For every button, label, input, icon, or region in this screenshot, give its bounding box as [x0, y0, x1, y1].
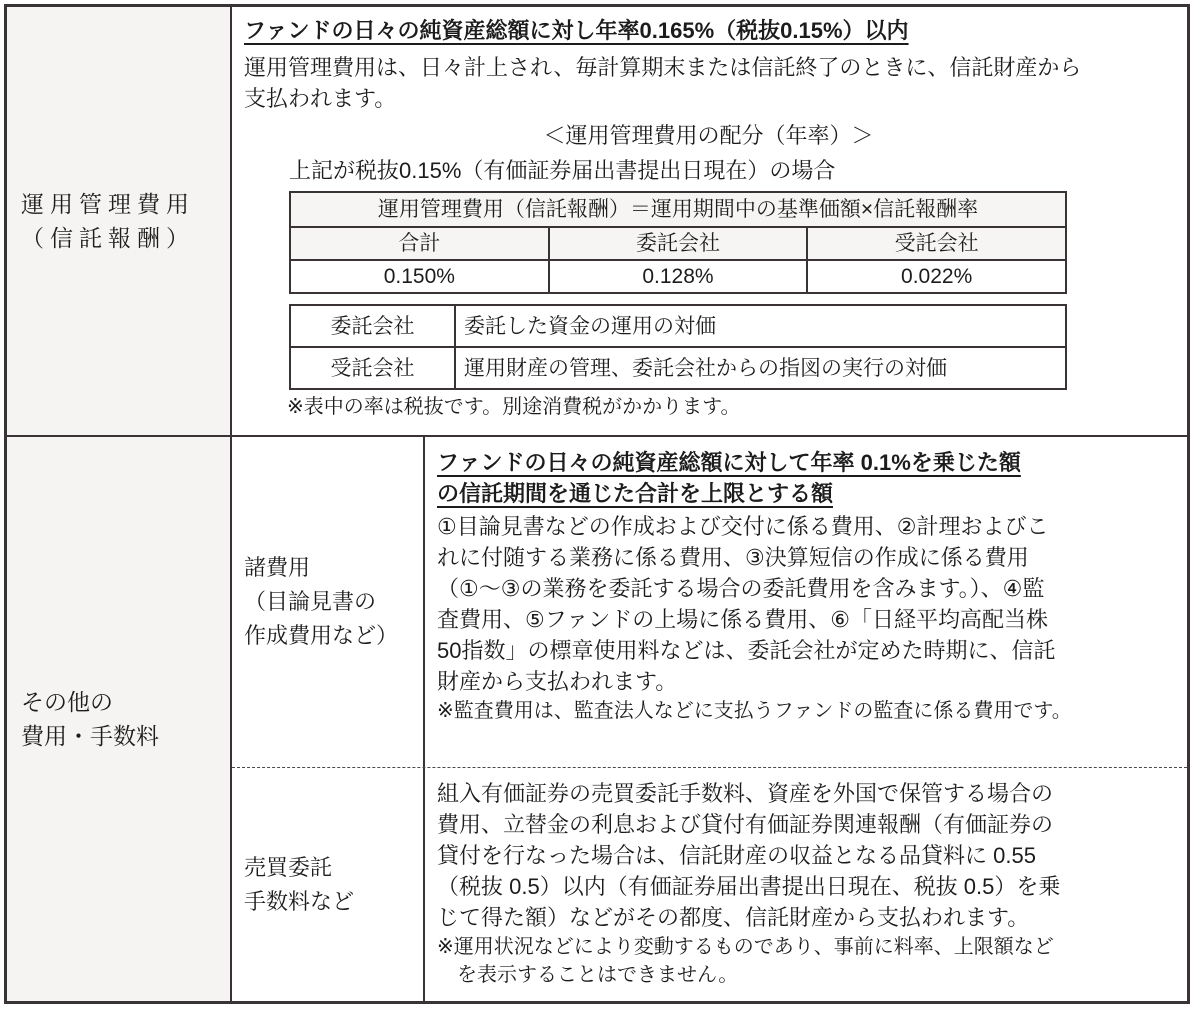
fee-col-total: 合計 [290, 227, 549, 260]
fee-table-header-row: 合計 委託会社 受託会社 [290, 227, 1066, 260]
fund-fees-table: 運用管理費用 （信託報酬） ファンドの日々の純資産総額に対し年率0.165%（税… [4, 4, 1190, 1004]
brokerage-fees-body: 組入有価証券の売買委託手数料、資産を外国で保管する場合の 費用、立替金の利息およ… [437, 778, 1175, 933]
misc-expenses-body: ①目論見書などの作成および交付に係る費用、②計理およびこ れに付随する業務に係る… [437, 511, 1175, 697]
role-label-manager: 委託会社 [290, 305, 455, 347]
other-fees-row: その他の 費用・手数料 諸費用 （目論見書の 作成費用など） ファンドの日々の純… [7, 437, 1187, 1001]
company-role-table: 委託会社 委託した資金の運用の対価 受託会社 運用財産の管理、委託会社からの指図… [289, 304, 1067, 390]
audit-fee-note: ※監査費用は、監査法人などに支払うファンドの監査に係る費用です。 [437, 697, 1175, 725]
fee-val-trustee: 0.022% [807, 260, 1066, 293]
fee-table-value-row: 0.150% 0.128% 0.022% [290, 260, 1066, 293]
tax-note: ※表中の率は税抜です。別途消費税がかかります。 [287, 394, 1173, 420]
fee-table-title: 運用管理費用（信託報酬）＝運用期間中の基準価額×信託報酬率 [290, 192, 1066, 227]
fee-table-title-row: 運用管理費用（信託報酬）＝運用期間中の基準価額×信託報酬率 [290, 192, 1066, 227]
misc-expenses-label-cell: 諸費用 （目論見書の 作成費用など） [232, 437, 425, 767]
misc-expenses-label: 諸費用 （目論見書の 作成費用など） [244, 551, 398, 653]
misc-expenses-headline: ファンドの日々の純資産総額に対して年率 0.1%を乗じた額 の信託期間を通じた合… [437, 447, 1175, 509]
role-desc-trustee: 運用財産の管理、委託会社からの指図の実行の対価 [455, 347, 1066, 389]
fee-col-manager: 委託会社 [549, 227, 808, 260]
rate-disclaimer-note: ※運用状況などにより変動するものであり、事前に料率、上限額など を表示することは… [437, 933, 1175, 989]
allocation-subtitle: ＜運用管理費用の配分（年率）＞ [244, 120, 1173, 151]
fee-val-total: 0.150% [290, 260, 549, 293]
brokerage-fees-content-cell: 組入有価証券の売買委託手数料、資産を外国で保管する場合の 費用、立替金の利息およ… [425, 768, 1187, 1001]
misc-expenses-subrow: 諸費用 （目論見書の 作成費用など） ファンドの日々の純資産総額に対して年率 0… [232, 437, 1187, 768]
management-fee-paragraph: 運用管理費用は、日々計上され、毎計算期末または信託終了のときに、信託財産から 支… [244, 52, 1173, 114]
management-fee-content-cell: ファンドの日々の純資産総額に対し年率0.165%（税抜0.15%）以内 運用管理… [232, 7, 1187, 435]
management-fee-row: 運用管理費用 （信託報酬） ファンドの日々の純資産総額に対し年率0.165%（税… [7, 7, 1187, 437]
management-fee-header-cell: 運用管理費用 （信託報酬） [7, 7, 232, 435]
management-fee-header-label: 運用管理費用 （信託報酬） [21, 187, 195, 255]
brokerage-fees-subrow: 売買委託 手数料など 組入有価証券の売買委託手数料、資産を外国で保管する場合の … [232, 768, 1187, 1001]
other-fees-header-label: その他の 費用・手数料 [21, 685, 159, 753]
other-fees-subrows: 諸費用 （目論見書の 作成費用など） ファンドの日々の純資産総額に対して年率 0… [232, 437, 1187, 1001]
role-row-trustee: 受託会社 運用財産の管理、委託会社からの指図の実行の対価 [290, 347, 1066, 389]
role-row-manager: 委託会社 委託した資金の運用の対価 [290, 305, 1066, 347]
other-fees-header-cell: その他の 費用・手数料 [7, 437, 232, 1001]
management-fee-headline: ファンドの日々の純資産総額に対し年率0.165%（税抜0.15%）以内 [244, 15, 1173, 46]
role-desc-manager: 委託した資金の運用の対価 [455, 305, 1066, 347]
tax-excluded-case-line: 上記が税抜0.15%（有価証券届出書提出日現在）の場合 [244, 155, 1173, 186]
brokerage-fees-label-cell: 売買委託 手数料など [232, 768, 425, 1001]
role-label-trustee: 受託会社 [290, 347, 455, 389]
fee-allocation-table: 運用管理費用（信託報酬）＝運用期間中の基準価額×信託報酬率 合計 委託会社 受託… [289, 191, 1067, 294]
fee-col-trustee: 受託会社 [807, 227, 1066, 260]
misc-expenses-content-cell: ファンドの日々の純資産総額に対して年率 0.1%を乗じた額 の信託期間を通じた合… [425, 437, 1187, 767]
fee-val-manager: 0.128% [549, 260, 808, 293]
brokerage-fees-label: 売買委託 手数料など [244, 851, 354, 919]
